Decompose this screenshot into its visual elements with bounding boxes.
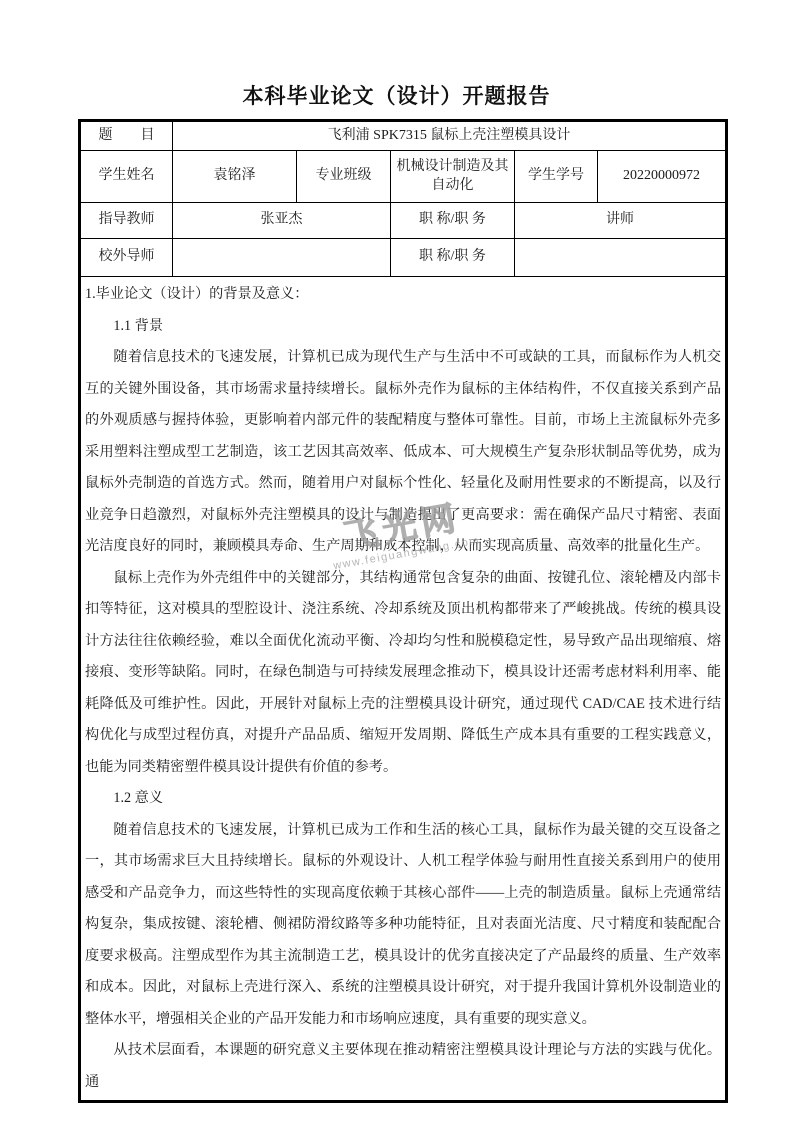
class-value: 机械设计制造及其自动化 bbox=[391, 151, 515, 203]
paragraph-background-1: 随着信息技术的飞速发展，计算机已成为现代生产与生活中不可或缺的工具，而鼠标作为人… bbox=[85, 342, 721, 563]
table-row: 学生姓名 袁铭泽 专业班级 机械设计制造及其自动化 学生学号 202200009… bbox=[80, 151, 727, 203]
background-significance-section: 1.毕业论文（设计）的背景及意义： 1.1 背景 随着信息技术的飞速发展，计算机… bbox=[80, 277, 727, 1102]
paragraph-background-2: 鼠标上壳作为外壳组件中的关键部分，其结构通常包含复杂的曲面、按键孔位、滚轮槽及内… bbox=[85, 563, 721, 784]
thesis-info-table: 题 目 飞利浦 SPK7315 鼠标上壳注塑模具设计 学生姓名 袁铭泽 专业班级… bbox=[78, 119, 728, 1103]
topic-value: 飞利浦 SPK7315 鼠标上壳注塑模具设计 bbox=[173, 121, 727, 151]
document-page: 本科毕业论文（设计）开题报告 题 目 飞利浦 SPK7315 鼠标上壳注塑模具设… bbox=[0, 0, 793, 1122]
table-row: 指导教师 张亚杰 职 称/职 务 讲师 bbox=[80, 203, 727, 239]
table-row: 校外导师 职 称/职 务 bbox=[80, 239, 727, 277]
student-name-value: 袁铭泽 bbox=[173, 151, 297, 203]
table-row: 题 目 飞利浦 SPK7315 鼠标上壳注塑模具设计 bbox=[80, 121, 727, 151]
advisor-name-value: 张亚杰 bbox=[173, 203, 391, 239]
student-id-label: 学生学号 bbox=[515, 151, 598, 203]
advisor-title-label: 职 称/职 务 bbox=[391, 203, 515, 239]
student-id-value: 20220000972 bbox=[598, 151, 727, 203]
topic-label: 题 目 bbox=[80, 121, 173, 151]
external-mentor-label: 校外导师 bbox=[80, 239, 173, 277]
advisor-label: 指导教师 bbox=[80, 203, 173, 239]
page-title: 本科毕业论文（设计）开题报告 bbox=[0, 80, 793, 110]
external-title-label: 职 称/职 务 bbox=[391, 239, 515, 277]
table-row: 1.毕业论文（设计）的背景及意义： 1.1 背景 随着信息技术的飞速发展，计算机… bbox=[80, 277, 727, 1102]
student-name-label: 学生姓名 bbox=[80, 151, 173, 203]
sub-heading-significance: 1.2 意义 bbox=[85, 783, 721, 815]
paragraph-significance-2: 从技术层面看，本课题的研究意义主要体现在推动精密注塑模具设计理论与方法的实践与优… bbox=[85, 1035, 721, 1098]
external-mentor-name-value bbox=[173, 239, 391, 277]
paragraph-significance-1: 随着信息技术的飞速发展，计算机已成为工作和生活的核心工具，鼠标作为最关键的交互设… bbox=[85, 815, 721, 1036]
sub-heading-background: 1.1 背景 bbox=[85, 311, 721, 343]
external-title-value bbox=[515, 239, 727, 277]
advisor-title-value: 讲师 bbox=[515, 203, 727, 239]
class-label: 专业班级 bbox=[297, 151, 391, 203]
section-heading: 1.毕业论文（设计）的背景及意义： bbox=[85, 279, 721, 311]
